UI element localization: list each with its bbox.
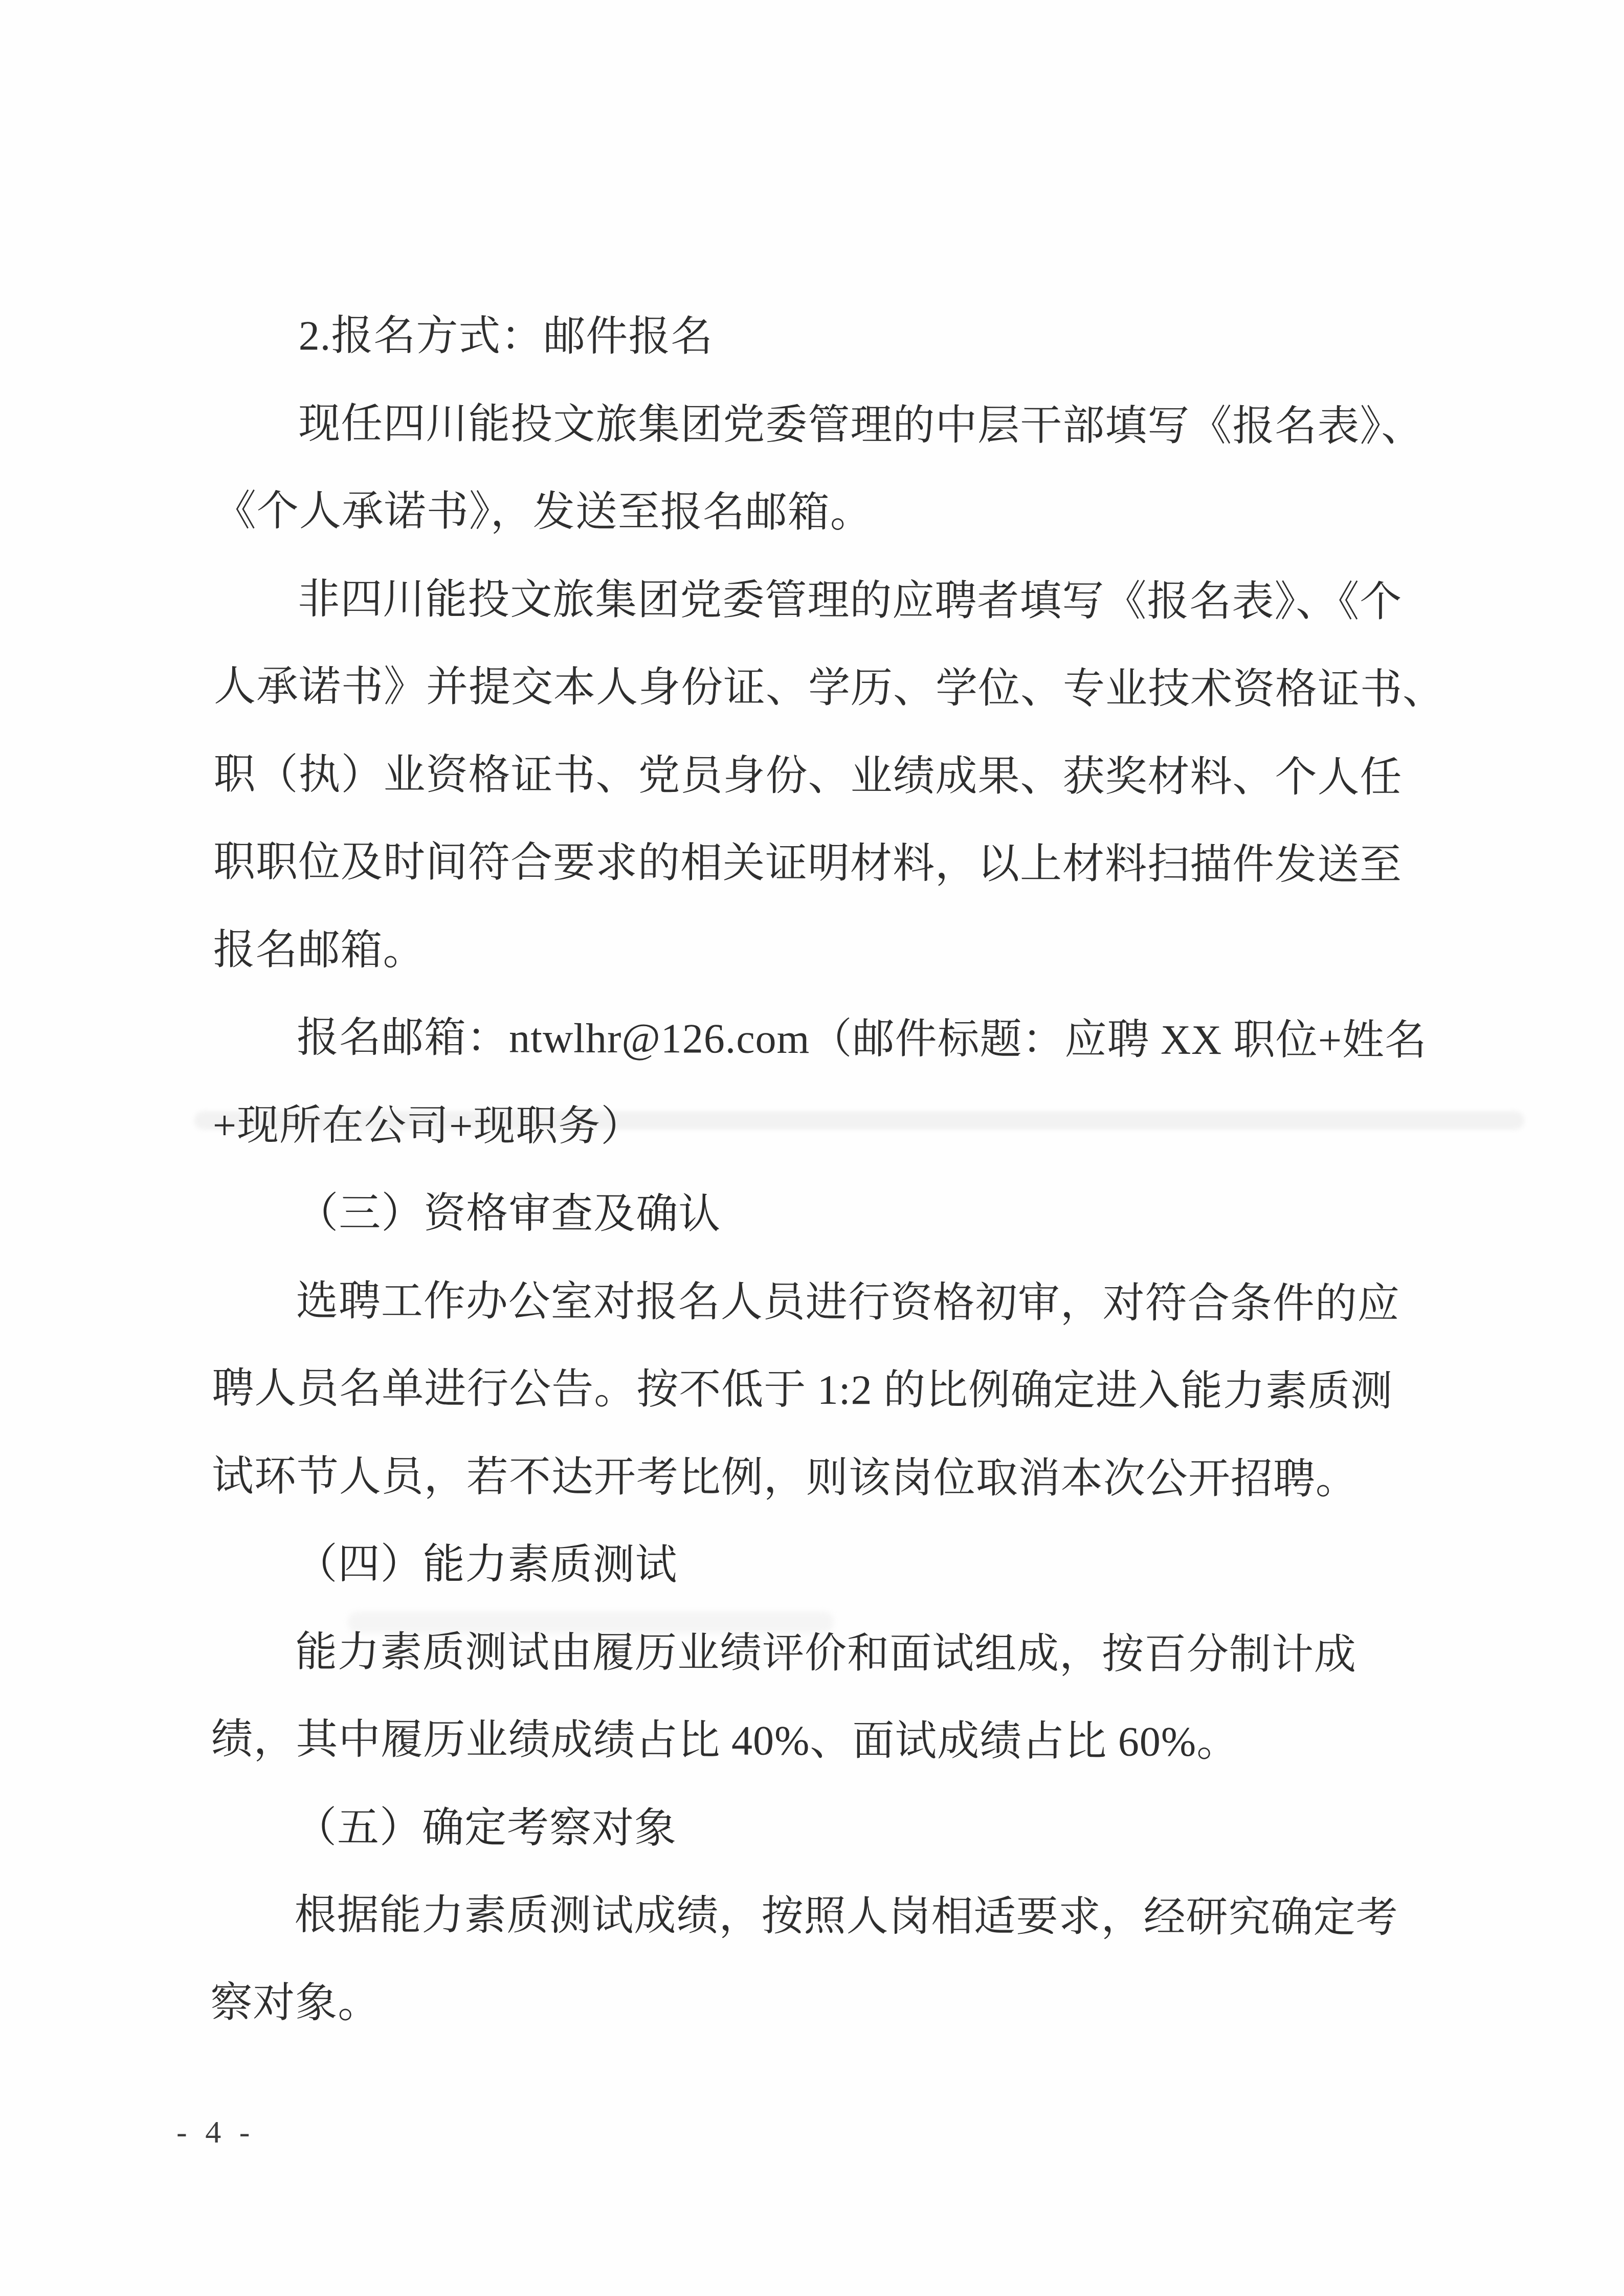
text-line: 试环节人员，若不达开考比例，则该岗位取消本次公开招聘。 — [212, 1432, 1439, 1523]
text-line: 根据能力素质测试成绩，按照人岗相适要求，经研究确定考 — [210, 1871, 1438, 1962]
text-line: 聘人员名单进行公告。按不低于 1:2 的比例确定进入能力素质测 — [212, 1344, 1439, 1436]
text-line: 能力素质测试由履历业绩评价和面试组成，按百分制计成 — [211, 1607, 1439, 1698]
text-line: 绩，其中履历业绩成绩占比 40%、面试成绩占比 60%。 — [211, 1695, 1438, 1786]
document-body: 2.报名方式：邮件报名现任四川能投文旅集团党委管理的中层干部填写《报名表》、《个… — [210, 292, 1442, 2049]
text-line: 职（执）业资格证书、党员身份、业绩成果、获奖材料、个人任 — [213, 730, 1441, 821]
document-page: 2.报名方式：邮件报名现任四川能投文旅集团党委管理的中层干部填写《报名表》、《个… — [0, 0, 1624, 2296]
text-line: 人承诺书》并提交本人身份证、学历、学位、专业技术资格证书、 — [214, 643, 1441, 734]
text-line: +现所在公司+现职务） — [213, 1081, 1440, 1172]
text-line: 职职位及时间符合要求的相关证明材料，以上材料扫描件发送至 — [213, 818, 1441, 909]
text-line: 《个人承诺书》，发送至报名邮箱。 — [214, 467, 1442, 558]
text-line: 现任四川能投文旅集团党委管理的中层干部填写《报名表》、 — [214, 379, 1442, 470]
text-line: 报名邮箱。 — [213, 906, 1440, 997]
text-line: 非四川能投文旅集团党委管理的应聘者填写《报名表》、《个 — [214, 555, 1441, 646]
section-heading-line: （三）资格审查及确认 — [212, 1169, 1440, 1260]
text-line: 2.报名方式：邮件报名 — [215, 292, 1442, 383]
page-number: - 4 - — [176, 2107, 255, 2158]
text-line: 选聘工作办公室对报名人员进行资格初审，对符合条件的应 — [212, 1256, 1440, 1348]
text-line: 察对象。 — [210, 1958, 1438, 2049]
text-line: 报名邮箱：ntwlhr@126.com（邮件标题：应聘 XX 职位+姓名 — [213, 994, 1440, 1085]
section-heading-line: （五）确定考察对象 — [211, 1783, 1438, 1874]
section-heading-line: （四）能力素质测试 — [211, 1520, 1439, 1611]
